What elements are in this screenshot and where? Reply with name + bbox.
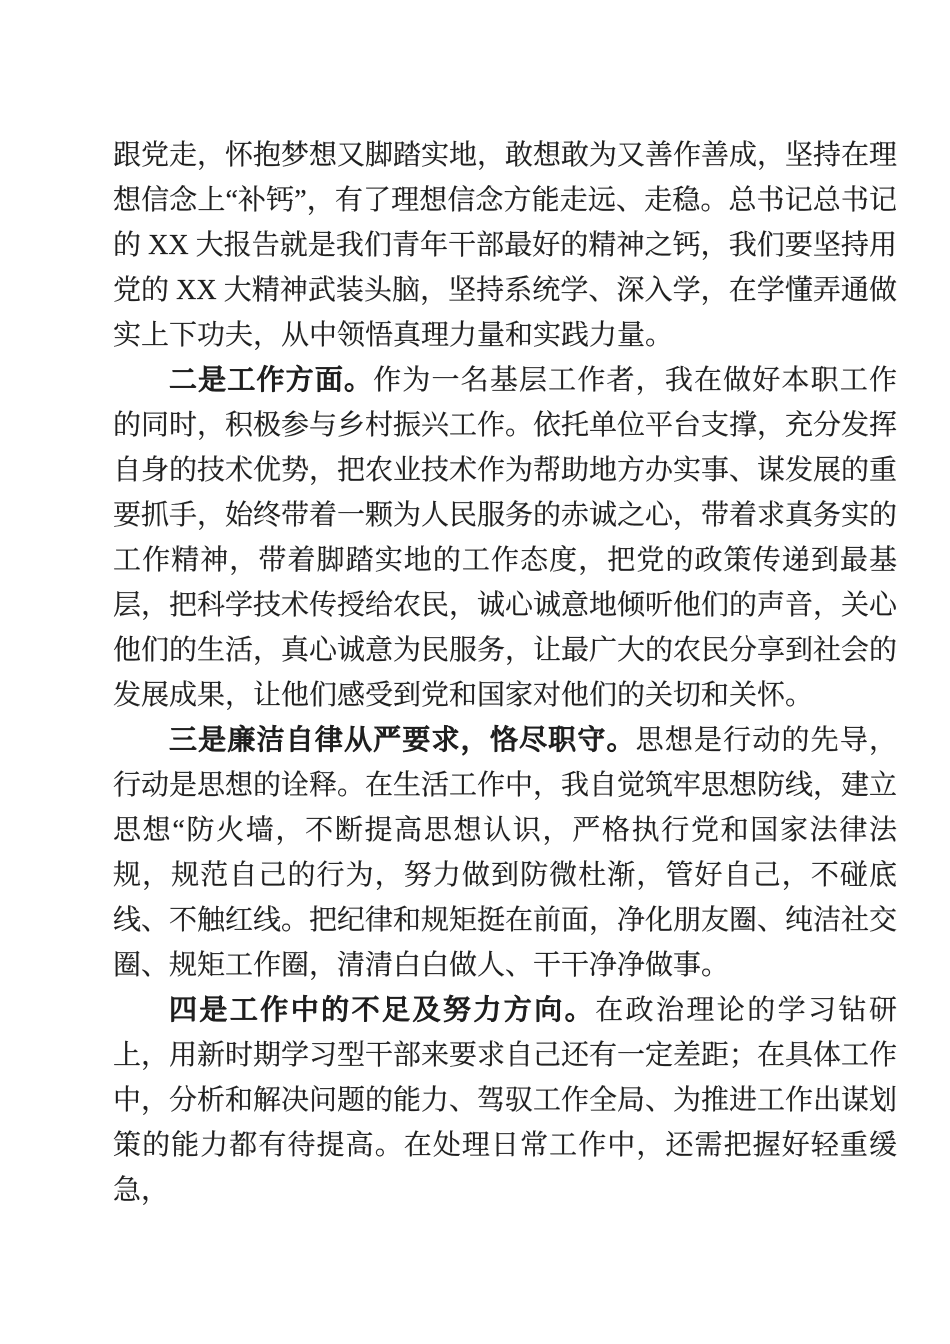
paragraph: 跟党走，怀抱梦想又脚踏实地，敢想敢为又善作善成，坚持在理想信念上“补钙”，有了理… bbox=[113, 133, 897, 358]
paragraph-body-text: 思想是行动的先导，行动是思想的诠释。在生活工作中，我自觉筑牢思想防线，建立思想“… bbox=[113, 725, 897, 981]
paragraph: 三是廉洁自律从严要求，恪尽职守。思想是行动的先导，行动是思想的诠释。在生活工作中… bbox=[113, 718, 897, 988]
paragraph-lead-text: 四是工作中的不足及努力方向。 bbox=[169, 995, 595, 1026]
document-page: 跟党走，怀抱梦想又脚踏实地，敢想敢为又善作善成，坚持在理想信念上“补钙”，有了理… bbox=[0, 0, 950, 1344]
document-body: 跟党走，怀抱梦想又脚踏实地，敢想敢为又善作善成，坚持在理想信念上“补钙”，有了理… bbox=[113, 133, 897, 1213]
paragraph-body-text: 跟党走，怀抱梦想又脚踏实地，敢想敢为又善作善成，坚持在理想信念上“补钙”，有了理… bbox=[113, 140, 897, 351]
paragraph-body-text: 作为一名基层工作者，我在做好本职工作的同时，积极参与乡村振兴工作。依托单位平台支… bbox=[113, 365, 897, 711]
paragraph-body-text: 在政治理论的学习钻研上，用新时期学习型干部来要求自己还有一定差距；在具体工作中，… bbox=[113, 995, 897, 1206]
paragraph-lead-text: 二是工作方面。 bbox=[169, 365, 373, 396]
paragraph: 二是工作方面。作为一名基层工作者，我在做好本职工作的同时，积极参与乡村振兴工作。… bbox=[113, 358, 897, 718]
paragraph: 四是工作中的不足及努力方向。在政治理论的学习钻研上，用新时期学习型干部来要求自己… bbox=[113, 988, 897, 1213]
paragraph-lead-text: 三是廉洁自律从严要求，恪尽职守。 bbox=[169, 725, 636, 756]
